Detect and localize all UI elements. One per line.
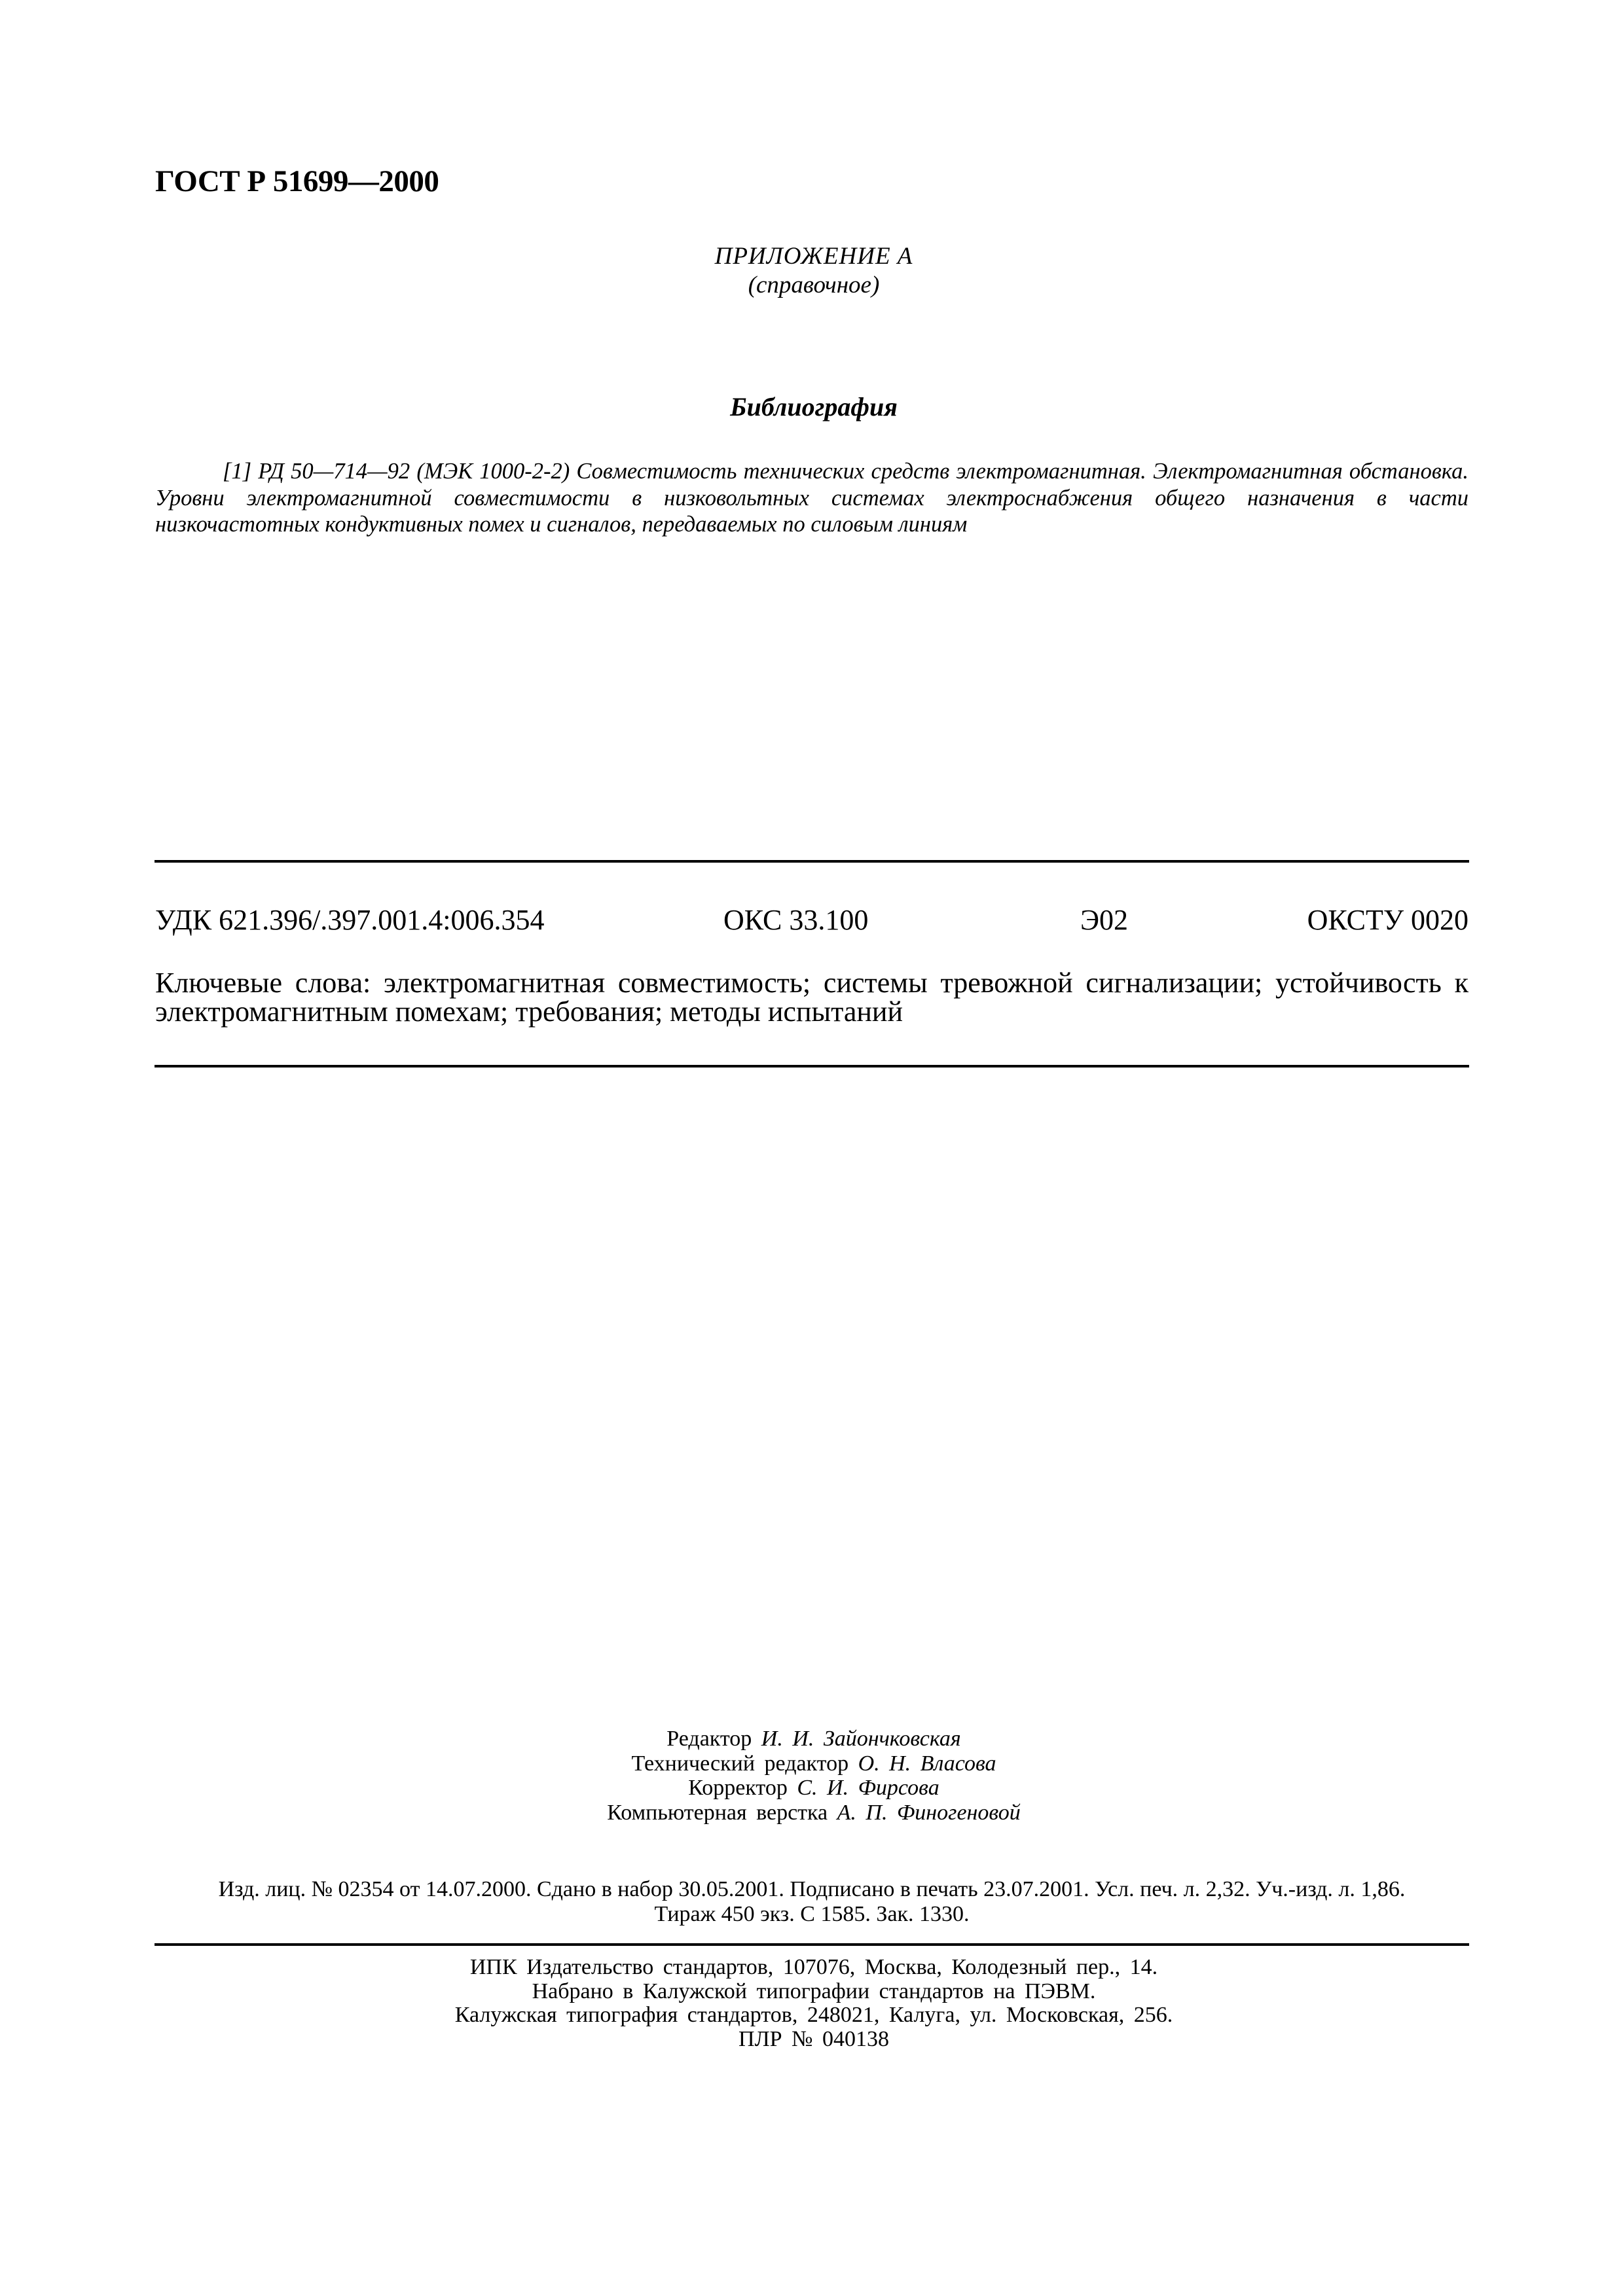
keywords: Ключевые слова: электромагнитная совмест…	[155, 969, 1468, 1026]
group-code: Э02	[1080, 903, 1128, 937]
credit-role: Корректор	[688, 1776, 788, 1800]
udc-code: УДК 621.396/.397.001.4:006.354	[155, 903, 545, 937]
bibliography-title: Библиография	[0, 391, 1623, 422]
document-code: ГОСТ Р 51699—2000	[155, 164, 439, 199]
credit-role: Компьютерная верстка	[607, 1801, 828, 1825]
credit-line: Компьютерная верстка А. П. Финогеновой	[0, 1801, 1623, 1825]
divider-middle	[155, 1065, 1469, 1067]
imprint-block: Изд. лиц. № 02354 от 14.07.2000. Сдано в…	[155, 1877, 1468, 1927]
divider-bottom	[155, 1943, 1469, 1946]
okstu-code: ОКСТУ 0020	[1307, 903, 1468, 937]
publisher-line: Калужская типография стандартов, 248021,…	[0, 2003, 1623, 2028]
appendix-title: ПРИЛОЖЕНИЕ А	[0, 242, 1623, 271]
publisher-block: ИПК Издательство стандартов, 107076, Мос…	[0, 1956, 1623, 2051]
publisher-line: Набрано в Калужской типографии стандарто…	[0, 1980, 1623, 2004]
credit-line: Редактор И. И. Зайончковская	[0, 1727, 1623, 1751]
bibliography-entry: [1] РД 50—714—92 (МЭК 1000-2-2) Совмести…	[155, 458, 1468, 538]
publisher-line: ПЛР № 040138	[0, 2028, 1623, 2052]
imprint-line: Тираж 450 экз. С 1585. Зак. 1330.	[155, 1902, 1468, 1927]
divider-top	[155, 860, 1469, 863]
credits-block: Редактор И. И. Зайончковская Технический…	[0, 1727, 1623, 1825]
appendix-subtitle: (справочное)	[0, 271, 1623, 300]
credit-line: Корректор С. И. Фирсова	[0, 1776, 1623, 1801]
publisher-line: ИПК Издательство стандартов, 107076, Мос…	[0, 1956, 1623, 1980]
credit-name: С. И. Фирсова	[797, 1776, 939, 1800]
credit-role: Редактор	[666, 1727, 752, 1751]
credit-name: И. И. Зайончковская	[761, 1727, 961, 1751]
credit-name: О. Н. Власова	[858, 1751, 996, 1776]
credit-line: Технический редактор О. Н. Власова	[0, 1751, 1623, 1776]
credit-name: А. П. Финогеновой	[837, 1801, 1021, 1825]
oks-code: ОКС 33.100	[723, 903, 868, 937]
credit-role: Технический редактор	[632, 1751, 849, 1776]
imprint-line: Изд. лиц. № 02354 от 14.07.2000. Сдано в…	[155, 1877, 1468, 1902]
appendix-heading: ПРИЛОЖЕНИЕ А (справочное)	[0, 242, 1623, 300]
